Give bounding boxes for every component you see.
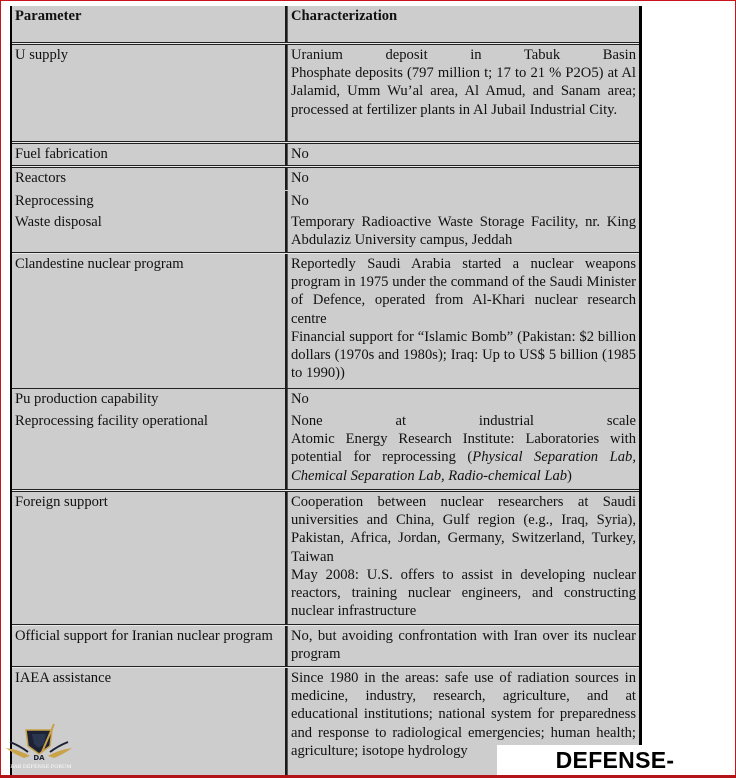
characterization-text: Reportedly Saudi Arabia started a nuclea… — [291, 255, 636, 328]
characterization-text: No — [291, 390, 636, 408]
characterization-text: Atomic Energy Research Institute: Labora… — [291, 430, 636, 485]
characterization-text: Uranium deposit in Tabuk Basin — [291, 46, 636, 64]
characterization-text: No — [291, 192, 636, 210]
characterization-text: Cooperation between nuclear researchers … — [291, 493, 636, 566]
table-row: ReactorsNo — [12, 168, 639, 190]
table-row: Pu production capabilityNo — [12, 389, 639, 411]
table-row: Fuel fabricationNo — [12, 144, 639, 165]
characterization-cell: No — [287, 144, 639, 165]
parameter-cell: Fuel fabrication — [12, 144, 287, 165]
table-row: Reprocessing facility operationalNone at… — [12, 411, 639, 489]
parameter-table: ParameterCharacterizationU supplyUranium… — [12, 6, 642, 778]
characterization-cell: None at industrial scaleAtomic Energy Re… — [287, 411, 639, 489]
characterization-cell: Temporary Radioactive Waste Storage Faci… — [287, 212, 639, 252]
header-parameter: Parameter — [12, 6, 287, 42]
parameter-cell: Foreign support — [12, 492, 287, 624]
characterization-cell: No — [287, 191, 639, 212]
document-table: ParameterCharacterizationU supplyUranium… — [10, 6, 642, 778]
table-row: ReprocessingNo — [12, 191, 639, 212]
site-watermark: DEFENSE-ARAB.COM — [497, 745, 733, 775]
characterization-text: Temporary Radioactive Waste Storage Faci… — [291, 213, 636, 249]
characterization-cell: Cooperation between nuclear researchers … — [287, 492, 639, 624]
characterization-cell: Uranium deposit in Tabuk BasinPhosphate … — [287, 45, 639, 141]
characterization-text: None at industrial scale — [291, 412, 636, 430]
characterization-text: No, but avoiding confrontation with Iran… — [291, 627, 636, 663]
characterization-cell: No, but avoiding confrontation with Iran… — [287, 626, 639, 666]
forum-logo: DA ARAB DEFENSE FORUM — [4, 722, 74, 776]
characterization-text: Financial support for “Islamic Bomb” (Pa… — [291, 328, 636, 383]
parameter-cell: Reprocessing — [12, 191, 287, 212]
characterization-cell: No — [287, 168, 639, 190]
logo-text: ARAB DEFENSE FORUM — [6, 764, 72, 770]
header-characterization: Characterization — [287, 6, 639, 42]
parameter-cell: Reprocessing facility operational — [12, 411, 287, 489]
characterization-text: No — [291, 145, 636, 163]
table-header-row: ParameterCharacterization — [12, 6, 639, 42]
table-row: U supplyUranium deposit in Tabuk BasinPh… — [12, 45, 639, 141]
parameter-cell: U supply — [12, 45, 287, 141]
characterization-text: May 2008: U.S. offers to assist in devel… — [291, 566, 636, 621]
table-row: Foreign supportCooperation between nucle… — [12, 492, 639, 624]
parameter-cell: Clandestine nuclear program — [12, 254, 287, 388]
parameter-cell: Reactors — [12, 168, 287, 190]
characterization-text: No — [291, 169, 636, 187]
table-row: Official support for Iranian nuclear pro… — [12, 626, 639, 666]
table-row: Waste disposalTemporary Radioactive Wast… — [12, 212, 639, 252]
characterization-text: Phosphate deposits (797 million t; 17 to… — [291, 64, 636, 119]
parameter-cell: Waste disposal — [12, 212, 287, 252]
characterization-cell: Reportedly Saudi Arabia started a nuclea… — [287, 254, 639, 388]
characterization-cell: No — [287, 389, 639, 411]
logo-initials: DA — [4, 754, 74, 762]
parameter-cell: Official support for Iranian nuclear pro… — [12, 626, 287, 666]
table-row: Clandestine nuclear programReportedly Sa… — [12, 254, 639, 388]
parameter-cell: Pu production capability — [12, 389, 287, 411]
